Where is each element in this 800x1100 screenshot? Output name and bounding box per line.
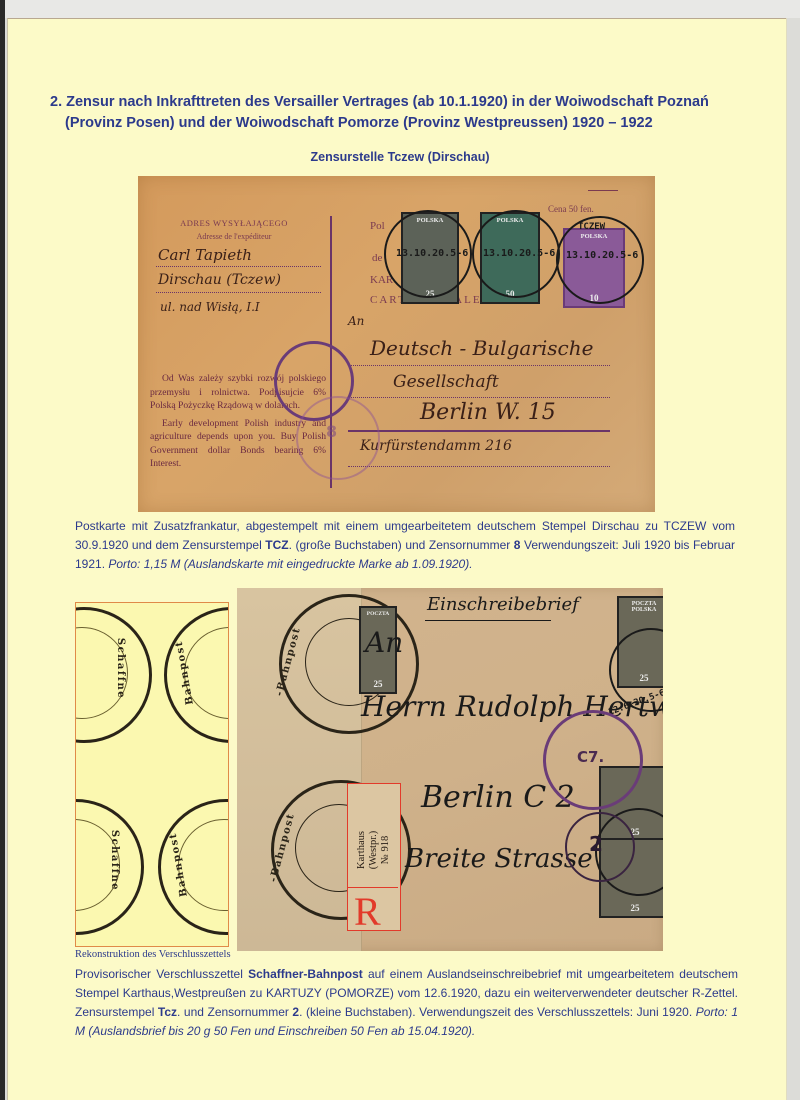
censor-mark: C7.	[577, 748, 604, 766]
recipient-line1: Deutsch - Bulgarische	[370, 336, 593, 360]
sender-subtitle: Adresse de l'expéditeur	[138, 232, 330, 241]
handwriting-an: An	[365, 626, 403, 659]
handwriting-registered: Einschreibebrief	[427, 594, 579, 615]
registered-r: R	[354, 892, 381, 932]
page-title-line2: (Provinz Posen) und der Woiwodschaft Pom…	[50, 113, 750, 134]
r-letter-box: R	[348, 887, 398, 930]
dotted-line	[156, 292, 321, 293]
address-prefix: An	[348, 314, 364, 328]
scan-border-left	[0, 0, 5, 1100]
sender-town: Dirschau (Tczew)	[158, 272, 281, 288]
sender-title: ADRES WYSYŁAJĄCEGO	[138, 218, 330, 228]
postmark-date: 13.10.20.5-6	[396, 248, 468, 259]
section-subtitle: Zensurstelle Tczew (Dirschau)	[0, 150, 800, 164]
dotted-line	[348, 365, 610, 366]
reconstruction-label: Rekonstruktion des Verschlusszettels	[75, 949, 231, 960]
dotted-line	[348, 466, 610, 467]
scan-border-top	[0, 0, 800, 18]
postmark-date: 13.10.20.5-6	[483, 248, 555, 259]
recipient-line4: Kurfürstendamm 216	[360, 438, 512, 454]
recipient-line3: Berlin W. 15	[420, 400, 556, 425]
page-title-line1: 2. Zensur nach Inkrafttreten des Versail…	[50, 94, 709, 110]
envelope-image: -Bahnpost -Bahnpost POCZTA25 Einschreibe…	[237, 588, 663, 951]
postcard-caption: Postkarte mit Zusatzfrankatur, abgestemp…	[75, 517, 735, 574]
sender-name: Carl Tapieth	[158, 246, 252, 264]
sender-street: ul. nad Wisłą, I.I	[160, 300, 260, 314]
ring-text: Schaffne	[109, 830, 120, 891]
dotted-line	[348, 397, 610, 398]
postcard-image: ADRES WYSYŁAJĄCEGO Adresse de l'expédite…	[138, 176, 655, 512]
label-reconstruction: Schaffne Bahnpost Schaffne Bahnpost	[75, 602, 229, 947]
underline	[425, 620, 551, 621]
printed-text: Pol	[370, 220, 385, 232]
page-title: 2. Zensur nach Inkrafttreten des Versail…	[50, 92, 750, 134]
censor-number-stamp	[296, 396, 380, 480]
recipient-line2: Gesellschaft	[393, 372, 499, 392]
printed-text: de	[372, 252, 382, 264]
censor-number: 8	[326, 422, 337, 441]
solid-line	[348, 430, 610, 432]
dotted-line	[156, 266, 321, 267]
printed-price: Cena 50 fen.	[548, 204, 594, 214]
envelope-caption: Provisorischer Verschlusszettel Schaffne…	[75, 965, 738, 1041]
registration-label: Karthaus (Westpr.) № 918 R	[347, 783, 401, 931]
price-rule	[588, 190, 618, 191]
ring-text: Schaffne	[115, 638, 126, 699]
censor-number: 2	[589, 832, 603, 856]
postmark-town: TCZEW	[578, 222, 605, 232]
postmark-date: 13.10.20.5-6	[566, 250, 638, 261]
